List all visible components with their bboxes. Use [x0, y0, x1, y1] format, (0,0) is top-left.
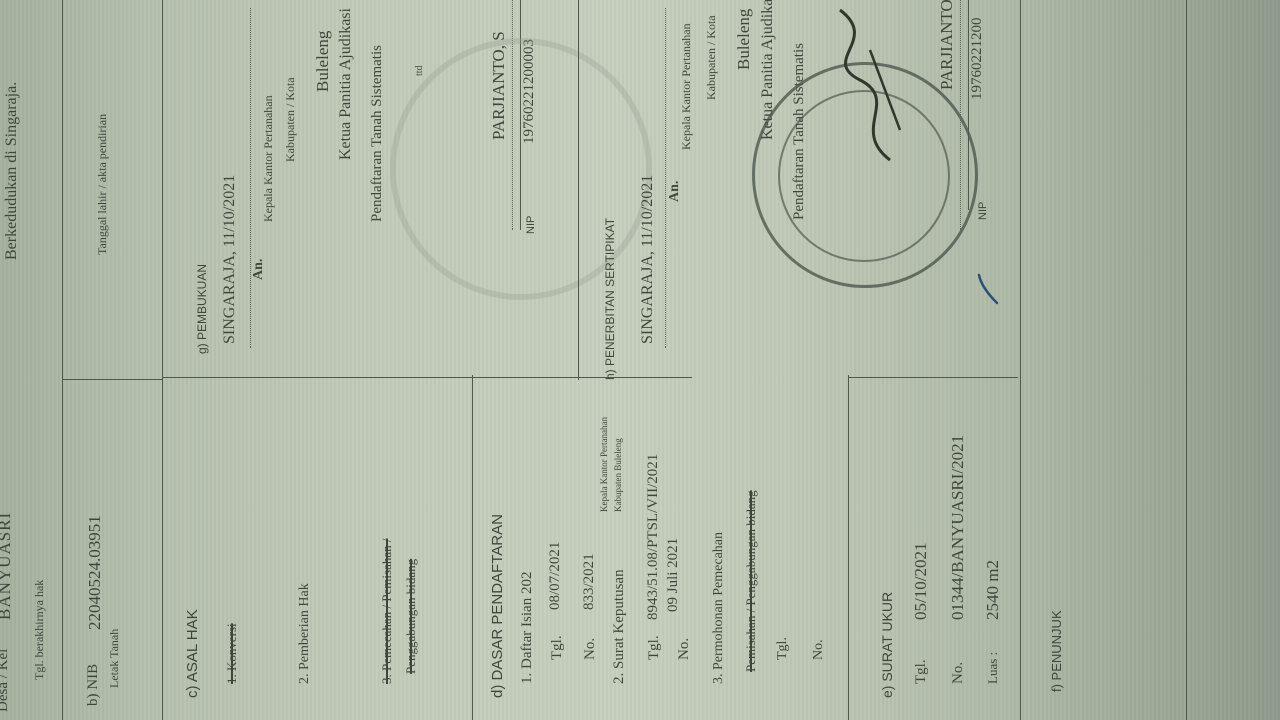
divider	[472, 375, 473, 720]
asal-hak-item-pemberian-hak: 2. Pemberian Hak	[298, 583, 312, 684]
nib-value: 22040524.03951	[86, 515, 103, 630]
divider	[62, 379, 162, 380]
daftar-no-label: No.	[583, 638, 598, 660]
surat-ukur-luas-value: 2540 m2	[984, 560, 1001, 620]
sk-issuer-line1: Kepala Kantor Pertanahan	[600, 417, 609, 512]
dasar-pendaftaran-heading: d) DASAR PENDAFTARAN	[490, 514, 505, 698]
berkedudukan-text: Berkedudukan di Singaraja.	[4, 82, 20, 260]
pembukuan-kepala-kantor: Kepala Kantor Pertanahan	[262, 95, 274, 222]
surat-ukur-no-label: No.	[951, 662, 966, 684]
surat-ukur-tgl-value: 05/10/2021	[912, 543, 929, 620]
surat-keputusan-label: 2. Surat Keputusan	[612, 569, 627, 684]
divider	[62, 0, 63, 720]
daftar-isian-label: 1. Daftar Isian 202	[520, 572, 535, 684]
daftar-tgl-label: Tgl.	[550, 635, 565, 660]
letak-tanah-label: Letak Tanah	[108, 629, 120, 688]
daftar-no-value: 833/2021	[582, 553, 597, 610]
column-divider	[848, 377, 1018, 378]
divider	[1186, 0, 1187, 720]
penerbitan-nip-label: NIP	[978, 202, 989, 220]
permohonan-no-label: No.	[812, 639, 826, 660]
pembukuan-kabupaten: Kabupaten / Kota	[284, 77, 296, 162]
surat-ukur-luas-label: Luas :	[986, 652, 999, 684]
penerbitan-kabupaten-name: Buleleng	[735, 9, 752, 70]
tgl-berakhirnya-hak-label: Tgl. berakhirnya hak	[33, 580, 45, 680]
signature-dotted-line	[665, 8, 666, 348]
penerbitan-kepala-kantor: Kepala Kantor Pertanahan	[680, 23, 692, 150]
certificate-page: Desa / Kel BANYUASRI Berkedudukan di Sin…	[0, 0, 1280, 720]
pembukuan-heading: g) PEMBUKUAN	[196, 264, 208, 354]
penerbitan-place-date: SINGARAJA, 11/10/2021	[640, 175, 656, 344]
desa-kel-value: BANYUASRI	[0, 512, 13, 620]
surat-ukur-no-value: 01344/BANYUASRI/2021	[949, 435, 966, 620]
desa-kel-label: Desa / Kel	[0, 649, 11, 712]
tanggal-lahir-label: Tanggal lahir / akta pendirian	[96, 114, 108, 255]
pembukuan-ttd: ttd	[415, 65, 425, 76]
penerbitan-heading: h) PENERBITAN SERTIPIKAT	[604, 218, 616, 380]
pembukuan-ketua: Ketua Panitia Ajudikasi	[338, 8, 354, 160]
daftar-tgl-value: 08/07/2021	[548, 542, 563, 610]
permohonan-tgl-label: Tgl.	[776, 637, 790, 660]
divider	[578, 0, 579, 380]
sk-issuer-line2: Kabupaten Buleleng	[614, 438, 623, 512]
pembukuan-kabupaten-name: Buleleng	[314, 31, 331, 92]
pembukuan-pendaftaran: Pendaftaran Tanah Sistematis	[370, 45, 385, 222]
asal-hak-heading: c) ASAL HAK	[185, 609, 200, 698]
permohonan-label: 3. Permohonan Pemecahan	[712, 532, 726, 684]
penerbitan-name: PARJIANTO	[938, 0, 955, 90]
divider	[1020, 0, 1021, 720]
pembukuan-an: An.	[252, 259, 266, 280]
sk-tgl-label: Tgl.	[647, 635, 662, 660]
sk-no-value: 09 Juli 2021	[666, 538, 681, 612]
surat-ukur-tgl-label: Tgl.	[914, 659, 929, 684]
penerbitan-nip-value: 19760221200	[970, 18, 985, 101]
asal-hak-item-penggabungan: Penggabungan bidang	[404, 559, 417, 674]
nib-label: b) NIB	[86, 664, 101, 706]
penunjuk-heading: f) PENUNJUK	[1050, 610, 1063, 692]
penerbitan-kabupaten: Kabupaten / Kota	[705, 15, 717, 100]
name-dotted-line	[960, 0, 961, 230]
pembukuan-place-date: SINGARAJA, 11/10/2021	[222, 175, 238, 344]
surat-ukur-heading: e) SURAT UKUR	[880, 592, 894, 698]
sk-no-label: No.	[677, 638, 692, 660]
divider	[848, 375, 849, 720]
signature-mark	[830, 0, 910, 160]
asal-hak-item-pemecahan: 3. Pemecahan / Pemisahan /	[380, 539, 393, 685]
signature-dotted-line	[250, 8, 251, 348]
permohonan-line2: Pemisahan / Penggabungan bidang	[744, 490, 757, 672]
asal-hak-item-konversi: 1. Konversi	[225, 623, 238, 684]
penerbitan-an: An.	[668, 181, 682, 202]
checkmark-pen-icon	[975, 265, 1005, 305]
sk-tgl-value: 8943/51.08/PTSL/VII/2021	[646, 454, 661, 620]
divider	[162, 0, 163, 720]
